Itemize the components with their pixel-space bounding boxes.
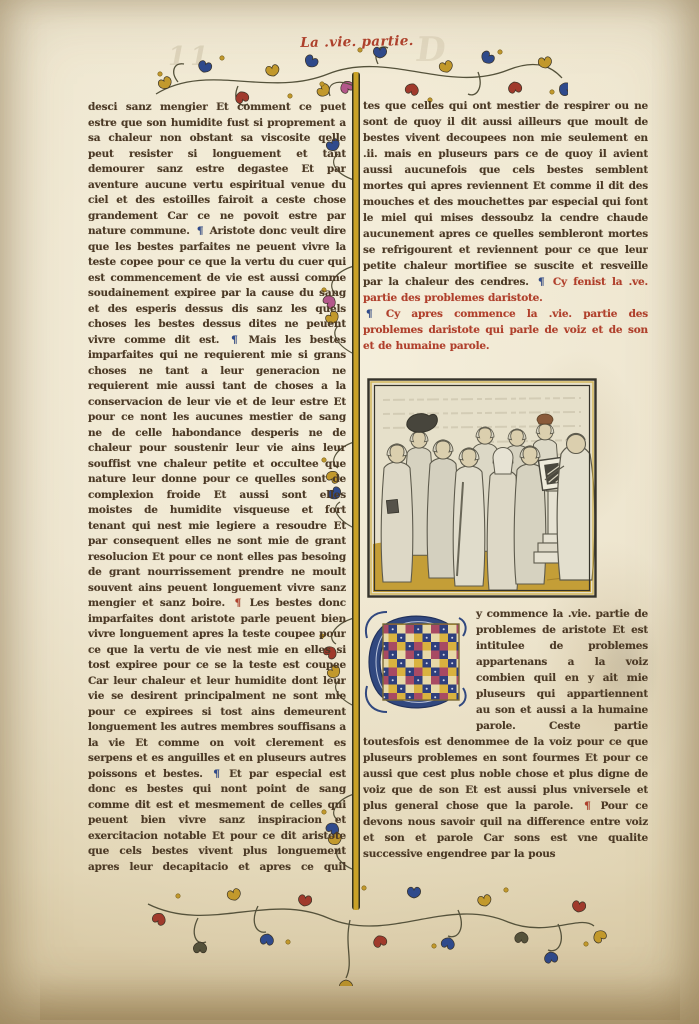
- red-cap: [537, 414, 553, 424]
- pilcrow-icon: ¶: [232, 597, 243, 609]
- rubric-incipit: Cy apres commence la .vie. partie des pr…: [363, 308, 648, 352]
- right-column-lower-text: C y commence la .vie. partie de probleme…: [363, 606, 648, 884]
- running-title: La .vie. partie.: [272, 33, 442, 52]
- miniature-illustration: [367, 378, 597, 598]
- right-column-upper-text: tes que celles qui ont mestier de respir…: [363, 98, 648, 372]
- veil: [493, 448, 513, 475]
- pilcrow-icon: ¶: [363, 308, 374, 320]
- column-divider-baguette: [352, 72, 360, 910]
- pilcrow-icon: ¶: [210, 768, 221, 780]
- pilcrow-icon: ¶: [581, 800, 592, 812]
- manuscript-page-photo: 11 D La .vie. partie.: [0, 0, 699, 1024]
- pilcrow-icon: ¶: [535, 276, 546, 288]
- bottom-ivy-border-decoration: [138, 876, 608, 986]
- body-text: Et par especial est donc es bestes qui n…: [88, 768, 346, 873]
- checker-field: [383, 624, 459, 700]
- body-text: tes que celles qui ont mestier de respir…: [363, 100, 648, 288]
- body-text: Aristote donc veult dire que les bestes …: [88, 225, 346, 346]
- right-text-column: tes que celles qui ont mestier de respir…: [363, 98, 648, 884]
- pilcrow-icon: ¶: [228, 334, 239, 346]
- body-text: Les bestes donc imparfaites dont aristot…: [88, 597, 346, 780]
- belt-purse: [386, 499, 398, 513]
- left-text-column: desci sanz mengier Et comment ce puet es…: [88, 100, 346, 872]
- body-text: desci sanz mengier Et comment ce puet es…: [88, 101, 346, 237]
- illuminated-initial-C: [363, 608, 469, 716]
- ivy-leaves: [157, 47, 568, 104]
- ivy-leaves: [151, 887, 608, 986]
- pilcrow-icon: ¶: [194, 225, 205, 237]
- body-text: Mais les bestes imparfaites qui ne requi…: [88, 334, 346, 594]
